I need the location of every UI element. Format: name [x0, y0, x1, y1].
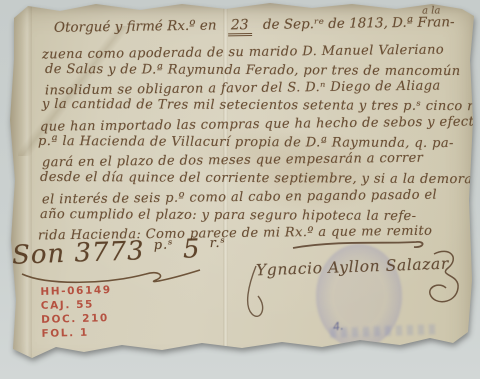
paper-shadow-wrapper: Otorgué y firmé Rx.º en 23 de Sep.ʳᵉ de … [0, 0, 480, 379]
signature-text: Ygnacio Ayllon Salazar [256, 255, 449, 280]
archival-code: HH-06149 [40, 283, 112, 299]
signature-rubric-flourish [238, 236, 468, 326]
archival-folio: FOL. 1 [41, 325, 113, 341]
amount-unit-reales: r.ˢ [209, 236, 226, 252]
manuscript-line-1: Otorgué y firmé Rx.º en 23 de Sep.ʳᵉ de … [54, 14, 455, 39]
line1-post: de Sep.ʳᵉ de 1813, D.ª Fran- [263, 14, 455, 33]
manuscript-line: año cumplido el plazo: y para seguro hip… [40, 207, 417, 224]
amount-prefix: Son 3773 [12, 236, 146, 271]
line1-day: 23 [228, 17, 252, 36]
amount-reales-value: 5 [182, 234, 201, 265]
manuscript-line: el interés de seis p.º como al cabo en p… [42, 188, 437, 208]
line1-superscript-insert: a la [422, 5, 440, 16]
manuscript-line: de Salas y de D.ª Raymunda Ferado, por t… [45, 62, 461, 79]
archival-doc: DOC. 210 [41, 311, 113, 327]
amount-unit-pesos: p.ˢ [153, 237, 173, 253]
archival-catalog-note: HH-06149 CAJ. 55 DOC. 210 FOL. 1 [40, 283, 113, 341]
manuscript-line: p.ª la Hacienda de Villacurí propia de D… [38, 134, 454, 151]
line1-pre: Otorgué y firmé Rx.º en [54, 18, 217, 36]
scanned-document-page: Otorgué y firmé Rx.º en 23 de Sep.ʳᵉ de … [0, 0, 480, 379]
total-amount: Son 3773 p.ˢ 5 r.ˢ [12, 233, 227, 270]
manuscript-paper: Otorgué y firmé Rx.º en 23 de Sep.ʳᵉ de … [0, 0, 480, 379]
signature-block: Ygnacio Ayllon Salazar [238, 236, 468, 326]
manuscript-line: y la cantidad de Tres mil setecientos se… [42, 97, 480, 114]
manuscript-line: desde el día quince del corriente septie… [40, 170, 473, 187]
